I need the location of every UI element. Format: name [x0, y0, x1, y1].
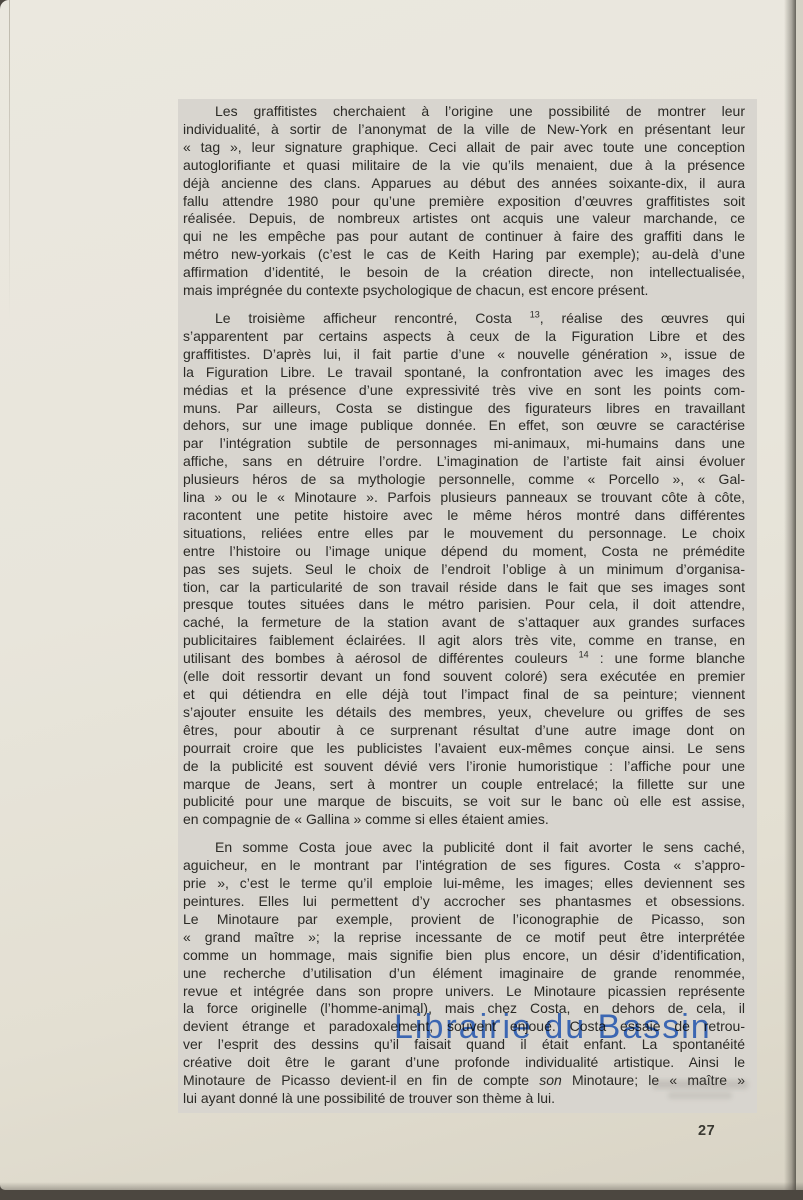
text-line: Les graffitistes cherchaient à l’origine…	[183, 103, 745, 121]
paragraph: Les graffitistes cherchaient à l’origine…	[183, 103, 745, 300]
text-line: la Figuration Libre. Le travail spontané…	[183, 364, 745, 382]
text-line: revue et intégrée dans son propre univer…	[183, 983, 745, 1001]
text-line: publicitaires faiblement éclairées. Il a…	[183, 632, 745, 650]
bookseller-watermark: Librairie du Bassin	[394, 1008, 712, 1047]
text-line: pas ses sujets. Seul le choix de l’endro…	[183, 561, 745, 579]
text-line: lui ayant donné là une possibilité de tr…	[183, 1090, 745, 1108]
page-crease	[9, 0, 10, 320]
page-edge-sliver	[796, 0, 803, 1190]
text-line: par l’intégration subtile de personnages…	[183, 435, 745, 453]
text-line: fallu attendre 1980 pour qu’une première…	[183, 193, 745, 211]
text-line: plusieurs héros de sa mythologie personn…	[183, 471, 745, 489]
text-line: autoglorifiante et quasi militaire de la…	[183, 157, 745, 175]
text-line: Le troisième afficheur rencontré, Costa …	[183, 310, 745, 328]
text-line: tion, car la particularité de son travai…	[183, 579, 745, 597]
text-line: lina » ou le « Minotaure ». Parfois plus…	[183, 489, 745, 507]
text-line: qui ne les empêche pas pour autant de co…	[183, 228, 745, 246]
text-line: muns. Par ailleurs, Costa se distingue d…	[183, 400, 745, 418]
text-line: affiche, sans en détruire l’ordre. L’ima…	[183, 453, 745, 471]
text-line: « grand maître »; la reprise incessante …	[183, 929, 745, 947]
text-line: de la publicité est souvent dévié vers l…	[183, 758, 745, 776]
text-line: dehors, sur une image publique donnée. E…	[183, 417, 745, 435]
book-page-photo: Les graffitistes cherchaient à l’origine…	[0, 0, 803, 1200]
text-line: entre l’histoire ou l’image unique dépen…	[183, 543, 745, 561]
text-line: marque de Jeans, sert à montrer un coupl…	[183, 776, 745, 794]
ink-bleed-smudge	[652, 1080, 748, 1089]
text-line: Le Minotaure par exemple, provient de l’…	[183, 911, 745, 929]
text-line: graffitistes. D’après lui, il fait parti…	[183, 346, 745, 364]
text-line: pourrait croire que les publicistes l’av…	[183, 740, 745, 758]
text-line: En somme Costa joue avec la publicité do…	[183, 839, 745, 857]
text-line: aguicheur, en le montrant par l’intégrat…	[183, 857, 745, 875]
footnote-ref: 14	[579, 650, 589, 660]
body-text-column: Les graffitistes cherchaient à l’origine…	[178, 99, 757, 1113]
text-line: réalisée. Depuis, de nombreux artistes o…	[183, 210, 745, 228]
text-line: déjà ancienne des clans. Apparues au déb…	[183, 175, 745, 193]
text-line: prie », c’est le terme qu’il emploie lui…	[183, 875, 745, 893]
text-line: créative doit être le garant d’une profo…	[183, 1054, 745, 1072]
text-line: publicité pour une marque de biscuits, s…	[183, 793, 745, 811]
text-line: métro new-yorkais (c’est le cas de Keith…	[183, 246, 745, 264]
text-line: mais imprégnée du contexte psychologique…	[183, 282, 745, 300]
text-line: en compagnie de « Gallina » comme si ell…	[183, 811, 745, 829]
page-number: 27	[698, 1123, 715, 1139]
photo-bottom-edge	[0, 1182, 803, 1200]
page-edge-shadow	[784, 0, 796, 1190]
text-line: « tag », leur signature graphique. Ceci …	[183, 139, 745, 157]
text-line: s’ajouter ensuite les détails des membre…	[183, 704, 745, 722]
text-line: racontent une petite histoire avec le mê…	[183, 507, 745, 525]
text-line: presque toutes situées dans le métro par…	[183, 596, 745, 614]
text-line: utilisant des bombes à aérosol de différ…	[183, 650, 745, 668]
footnote-ref: 13	[530, 309, 540, 319]
text-line: individualité, à sortir de l’anonymat de…	[183, 121, 745, 139]
text-line: une recherche d’utilisation d’un élément…	[183, 965, 745, 983]
ink-bleed-smudge	[668, 1092, 732, 1099]
text-line: affirmation d’identité, le besoin de la …	[183, 264, 745, 282]
text-line: et qui détiendra en elle déjà tout l’imp…	[183, 686, 745, 704]
text-line: caché, la fermeture de la station avant …	[183, 614, 745, 632]
text-line: situations, reliées entre elles par le m…	[183, 525, 745, 543]
text-line: (elle doit ressortir devant un fond souv…	[183, 668, 745, 686]
text-line: peintures. Elles lui permettent d’y accr…	[183, 893, 745, 911]
text-line: médias et la présence d’une expressivité…	[183, 382, 745, 400]
text-line: s’apparentent par certains aspects à ceu…	[183, 328, 745, 346]
text-line: êtres, pour aboutir à ce surprenant résu…	[183, 722, 745, 740]
paragraph: Le troisième afficheur rencontré, Costa …	[183, 310, 745, 829]
paragraph: En somme Costa joue avec la publicité do…	[183, 839, 745, 1108]
text-line: comme un hommage, mais signifie bien plu…	[183, 947, 745, 965]
